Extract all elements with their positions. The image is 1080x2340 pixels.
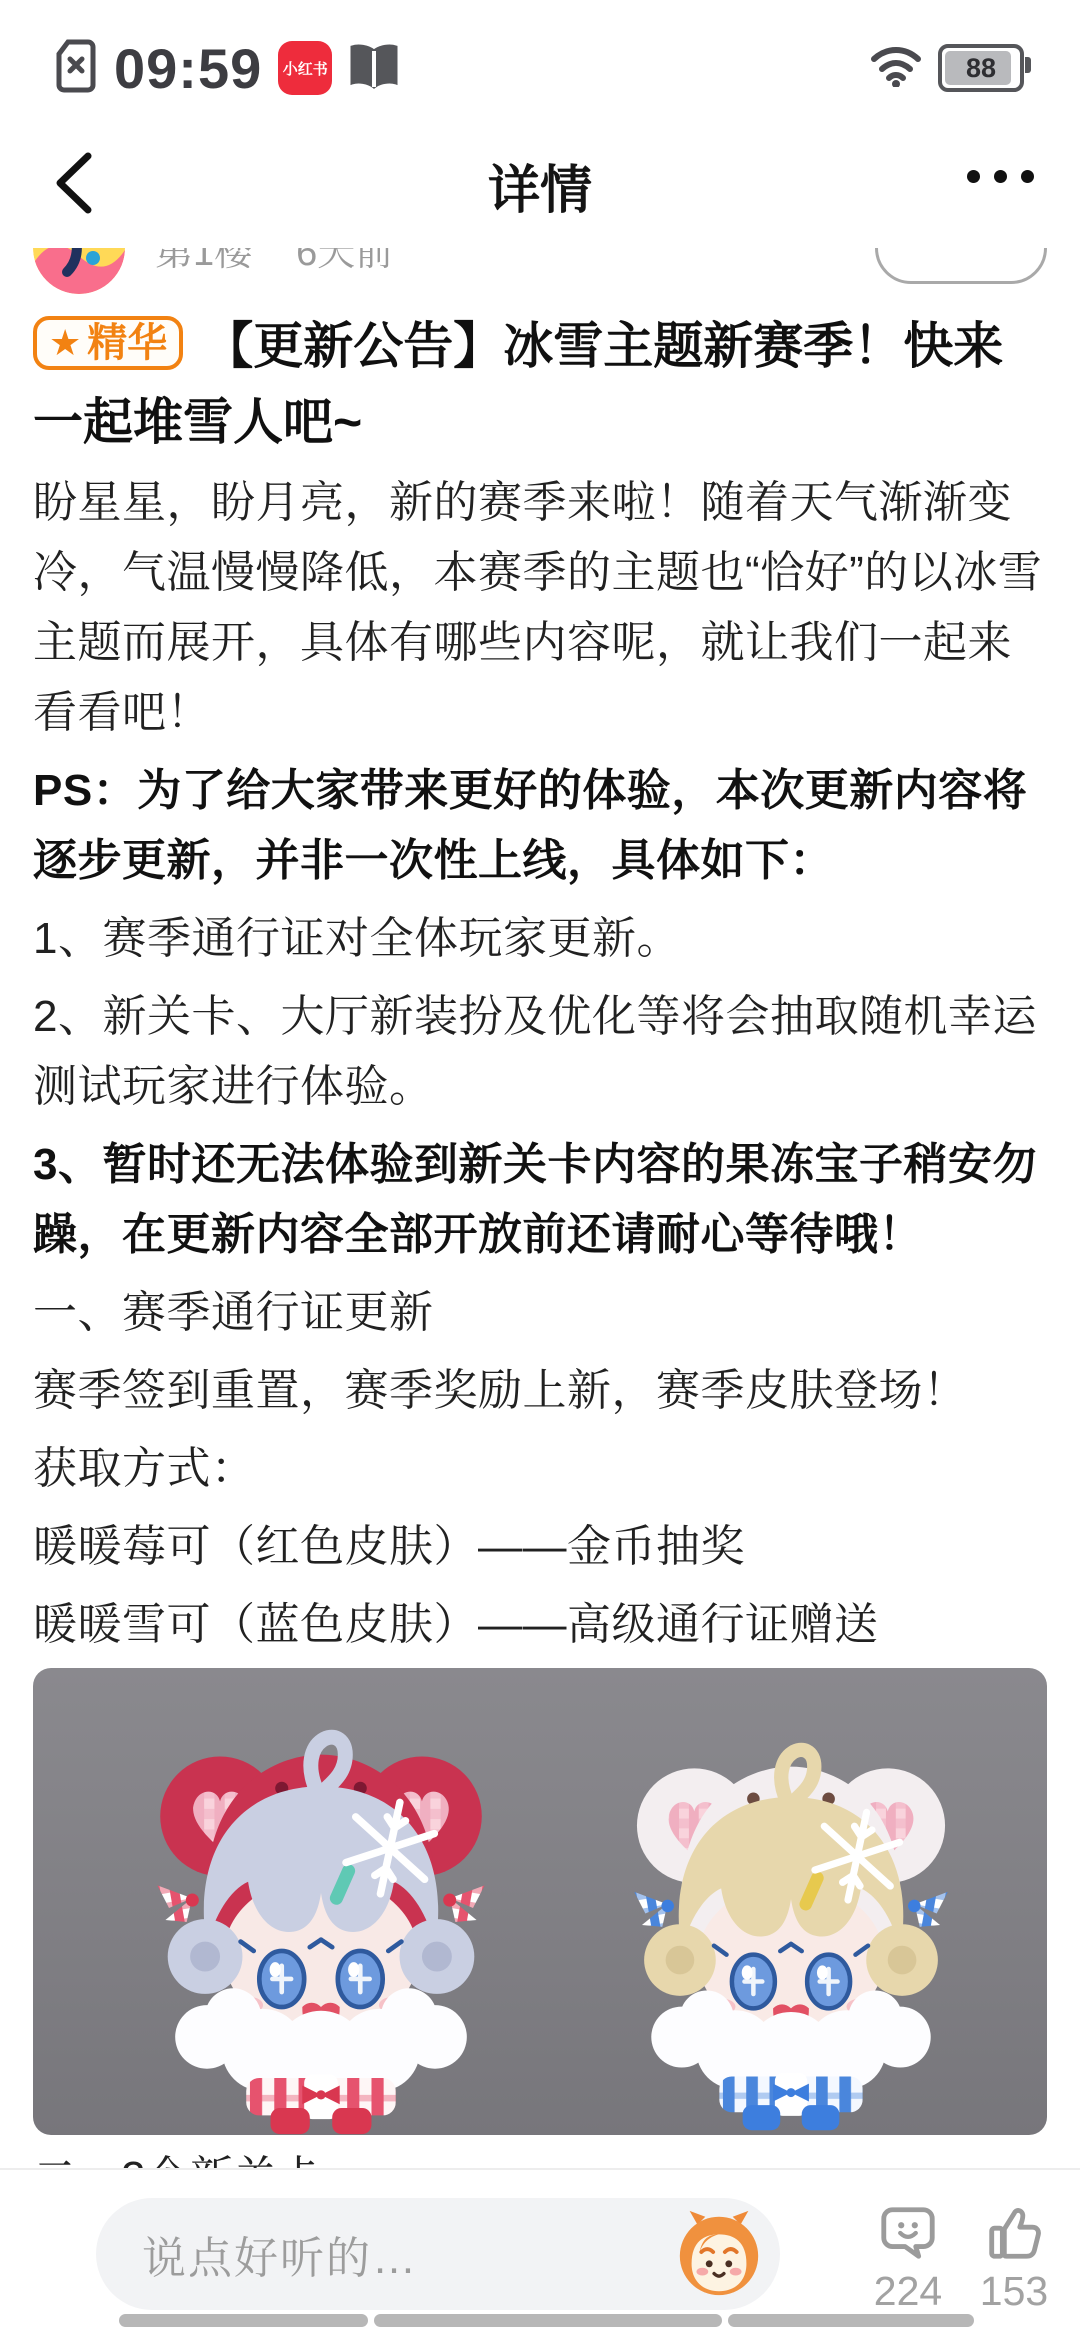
- floor-label: 第1楼: [155, 248, 252, 276]
- character-blue-skin: [581, 1720, 1001, 2132]
- like-count: 153: [962, 2268, 1066, 2315]
- poster-row: 第1楼 6天前: [33, 248, 1047, 304]
- post-paragraph: 盼星星，盼月亮，新的赛季来啦！随着天气渐渐变冷，气温慢慢降低，本赛季的主题也“恰…: [33, 468, 1047, 748]
- post-title: ★精华【更新公告】冰雪主题新赛季！快来一起堆雪人吧~: [33, 308, 1047, 460]
- page-title: 详情: [488, 148, 592, 223]
- character-red-skin: [101, 1706, 541, 2135]
- comment-count: 224: [856, 2268, 960, 2315]
- post-paragraph: 暖暖莓可（红色皮肤）——金币抽奖: [33, 1512, 1047, 1582]
- post-paragraph: 暖暖雪可（蓝色皮肤）——高级通行证赠送: [33, 1590, 1047, 1660]
- comment-input[interactable]: 说点好听的…: [96, 2198, 780, 2310]
- app-screen: 09:59 小红书 88 详情: [0, 0, 1080, 2340]
- post-paragraph: 赛季签到重置，赛季奖励上新，赛季皮肤登场！: [33, 1356, 1047, 1426]
- status-time: 09:59: [114, 36, 262, 101]
- comment-bar: 说点好听的… 224: [0, 2168, 1080, 2340]
- star-icon: ★: [49, 325, 81, 361]
- back-icon[interactable]: [44, 148, 104, 218]
- post-paragraph: PS：为了给大家带来更好的体验，本次更新内容将逐步更新，并非一次性上线，具体如下…: [33, 756, 1047, 896]
- like-button[interactable]: 153: [962, 2202, 1066, 2315]
- battery-icon: 88: [938, 44, 1024, 92]
- strip-segment: [119, 2314, 368, 2327]
- strip-segment: [728, 2314, 974, 2327]
- comment-bubble-icon: [856, 2202, 960, 2264]
- post-time-ago: 6天前: [296, 248, 393, 276]
- sim-disabled-icon: [56, 39, 98, 98]
- bottom-strips: [0, 2314, 1080, 2328]
- more-options-icon[interactable]: [967, 170, 1034, 183]
- essence-badge: ★精华: [33, 316, 183, 370]
- thumbs-up-icon: [962, 2202, 1066, 2264]
- nav-bar: 详情: [0, 122, 1080, 248]
- post-paragraph: 获取方式：: [33, 1434, 1047, 1504]
- status-bar: 09:59 小红书 88: [0, 0, 1080, 122]
- reader-book-icon: [348, 43, 400, 94]
- reply-button[interactable]: [875, 248, 1047, 284]
- wifi-icon: [870, 45, 922, 92]
- poster-avatar[interactable]: [33, 248, 125, 294]
- xiaohongshu-app-icon: 小红书: [278, 41, 332, 95]
- post-paragraph: 1、赛季通行证对全体玩家更新。: [33, 904, 1047, 974]
- post-paragraph: 一、赛季通行证更新: [33, 1278, 1047, 1348]
- battery-percent: 88: [966, 53, 996, 84]
- post-paragraph: 2、新关卡、大厅新装扮及优化等将会抽取随机幸运测试玩家进行体验。: [33, 982, 1047, 1122]
- mascot-sticker-icon[interactable]: [672, 2207, 766, 2301]
- comment-placeholder: 说点好听的…: [142, 2222, 672, 2286]
- post-image[interactable]: [33, 1668, 1047, 2135]
- post-content: 第1楼 6天前 ★精华【更新公告】冰雪主题新赛季！快来一起堆雪人吧~ 盼星星，盼…: [0, 248, 1080, 2340]
- post-paragraph: 3、暂时还无法体验到新关卡内容的果冻宝子稍安勿躁，在更新内容全部开放前还请耐心等…: [33, 1130, 1047, 1270]
- strip-segment: [374, 2314, 722, 2327]
- comments-button[interactable]: 224: [856, 2202, 960, 2315]
